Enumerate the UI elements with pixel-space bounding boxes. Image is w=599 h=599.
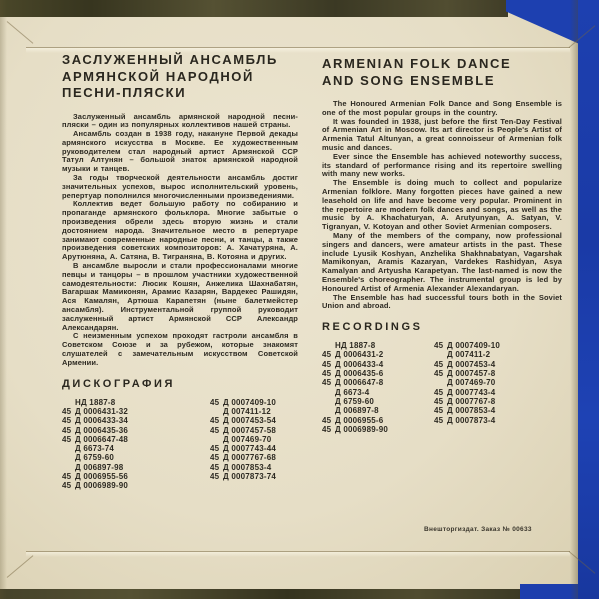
catalog-number: 45Д 0007453-4 <box>434 360 500 369</box>
catalog-number: 45Д 0006989-90 <box>62 481 210 490</box>
record-sleeve-back: ЗАСЛУЖЕННЫЙ АНСАМБЛЬ АРМЯНСКОЙ НАРОДНОЙ … <box>0 0 599 599</box>
catalog-number: Д 6673-74 <box>62 444 210 453</box>
catalog-number: 45Д 0007873-74 <box>210 472 276 481</box>
paragraph: It was founded in 1938, just before the … <box>322 118 562 153</box>
paragraph: Ever since the Ensemble has achieved not… <box>322 153 562 179</box>
paragraph: Заслуженный ансамбль армянской народной … <box>62 113 298 131</box>
russian-title-line: ПЕСНИ-ПЛЯСКИ <box>62 85 298 102</box>
catalog-number: Д 6759-60 <box>322 397 434 406</box>
flap-fold-highlight-bottom <box>26 552 570 557</box>
catalog-number: 45Д 0006647-48 <box>62 435 210 444</box>
catalog-number: Д 007411-12 <box>210 407 276 416</box>
recordings-heading: RECORDINGS <box>322 321 562 333</box>
flap-fold-diagonal <box>7 555 34 578</box>
english-title-line: AND SONG ENSEMBLE <box>322 73 562 90</box>
publisher-imprint: Внешторгиздат. Заказ № 00633 <box>424 526 532 533</box>
catalog-number: НД 1887-8 <box>322 341 434 350</box>
catalog-number: Д 007469-70 <box>434 378 500 387</box>
english-title-line: ARMENIAN FOLK DANCE <box>322 56 562 73</box>
catalog-number: Д 6673-4 <box>322 388 434 397</box>
catalog-number: 45Д 0006431-2 <box>322 350 434 359</box>
paragraph: The Ensemble has had successful tours bo… <box>322 294 562 312</box>
catalog-number: 45Д 0007767-68 <box>210 453 276 462</box>
paragraph: Ансамбль создан в 1938 году, накануне Пе… <box>62 130 298 174</box>
english-column: ARMENIAN FOLK DANCE AND SONG ENSEMBLE Th… <box>322 56 562 434</box>
catalog-number: Д 007469-70 <box>210 435 276 444</box>
paragraph: За годы творческой деятельности ансамбль… <box>62 174 298 200</box>
russian-title-line: ЗАСЛУЖЕННЫЙ АНСАМБЛЬ <box>62 52 298 69</box>
scan-edge-bottom <box>0 589 522 599</box>
catalog-number: 45Д 0007409-10 <box>210 398 276 407</box>
catalog-number: 45Д 0006435-36 <box>62 426 210 435</box>
catalog-number: 45Д 0007767-8 <box>434 397 500 406</box>
discography-list: НД 1887-845Д 0006431-3245Д 0006433-3445Д… <box>62 398 298 491</box>
russian-column: ЗАСЛУЖЕННЫЙ АНСАМБЛЬ АРМЯНСКОЙ НАРОДНОЙ … <box>62 52 298 491</box>
catalog-number: 45Д 0007853-4 <box>434 406 500 415</box>
catalog-number: 45Д 0006955-6 <box>322 416 434 425</box>
paragraph: В ансамбле выросли и стали профессионала… <box>62 262 298 332</box>
catalog-number: 45Д 0007457-8 <box>434 369 500 378</box>
catalog-number: 45Д 0007873-4 <box>434 416 500 425</box>
recordings-list: НД 1887-845Д 0006431-245Д 0006433-445Д 0… <box>322 341 562 434</box>
catalog-number: 45Д 0006989-90 <box>322 425 434 434</box>
catalog-number: Д 006897-8 <box>322 406 434 415</box>
scan-edge-top <box>0 0 508 17</box>
catalog-number: 45Д 0006433-4 <box>322 360 434 369</box>
paragraph: The Honoured Armenian Folk Dance and Son… <box>322 100 562 118</box>
flap-fold-diagonal <box>7 21 34 44</box>
discography-column-2: 45Д 0007409-10Д 007411-1245Д 0007453-544… <box>210 398 276 491</box>
paragraph: С неизменным успехом проходят гастроли а… <box>62 332 298 367</box>
catalog-number: 45Д 0007453-54 <box>210 416 276 425</box>
discography-column-1: НД 1887-845Д 0006431-3245Д 0006433-3445Д… <box>62 398 210 491</box>
catalog-number: 45Д 0006433-34 <box>62 416 210 425</box>
catalog-number: Д 007411-2 <box>434 350 500 359</box>
blue-spine <box>578 0 599 599</box>
recordings-column-1: НД 1887-845Д 0006431-245Д 0006433-445Д 0… <box>322 341 434 434</box>
russian-title: ЗАСЛУЖЕННЫЙ АНСАМБЛЬ АРМЯНСКОЙ НАРОДНОЙ … <box>62 52 298 102</box>
catalog-number: 45Д 0006431-32 <box>62 407 210 416</box>
catalog-number: 45Д 0006955-56 <box>62 472 210 481</box>
paragraph: Many of the members of the company, now … <box>322 232 562 294</box>
russian-text: Заслуженный ансамбль армянской народной … <box>62 113 298 368</box>
english-title: ARMENIAN FOLK DANCE AND SONG ENSEMBLE <box>322 56 562 89</box>
catalog-number: 45Д 0006647-8 <box>322 378 434 387</box>
paper-edge-shadow <box>570 0 578 599</box>
recordings-column-2: 45Д 0007409-10Д 007411-245Д 0007453-445Д… <box>434 341 500 434</box>
paper-left-edge <box>0 0 7 599</box>
catalog-number: 45Д 0007743-4 <box>434 388 500 397</box>
paragraph: Коллектив ведет большую работу по собира… <box>62 200 298 262</box>
catalog-number: 45Д 0007743-44 <box>210 444 276 453</box>
catalog-number: Д 6759-60 <box>62 453 210 462</box>
english-text: The Honoured Armenian Folk Dance and Son… <box>322 100 562 311</box>
russian-title-line: АРМЯНСКОЙ НАРОДНОЙ <box>62 69 298 86</box>
catalog-number: 45Д 0006435-6 <box>322 369 434 378</box>
catalog-number: 45Д 0007457-58 <box>210 426 276 435</box>
catalog-number: НД 1887-8 <box>62 398 210 407</box>
paragraph: The Ensemble is doing much to collect an… <box>322 179 562 232</box>
catalog-number: 45Д 0007853-4 <box>210 463 276 472</box>
catalog-number: Д 006897-98 <box>62 463 210 472</box>
discography-heading: ДИСКОГРАФИЯ <box>62 378 298 390</box>
catalog-number: 45Д 0007409-10 <box>434 341 500 350</box>
